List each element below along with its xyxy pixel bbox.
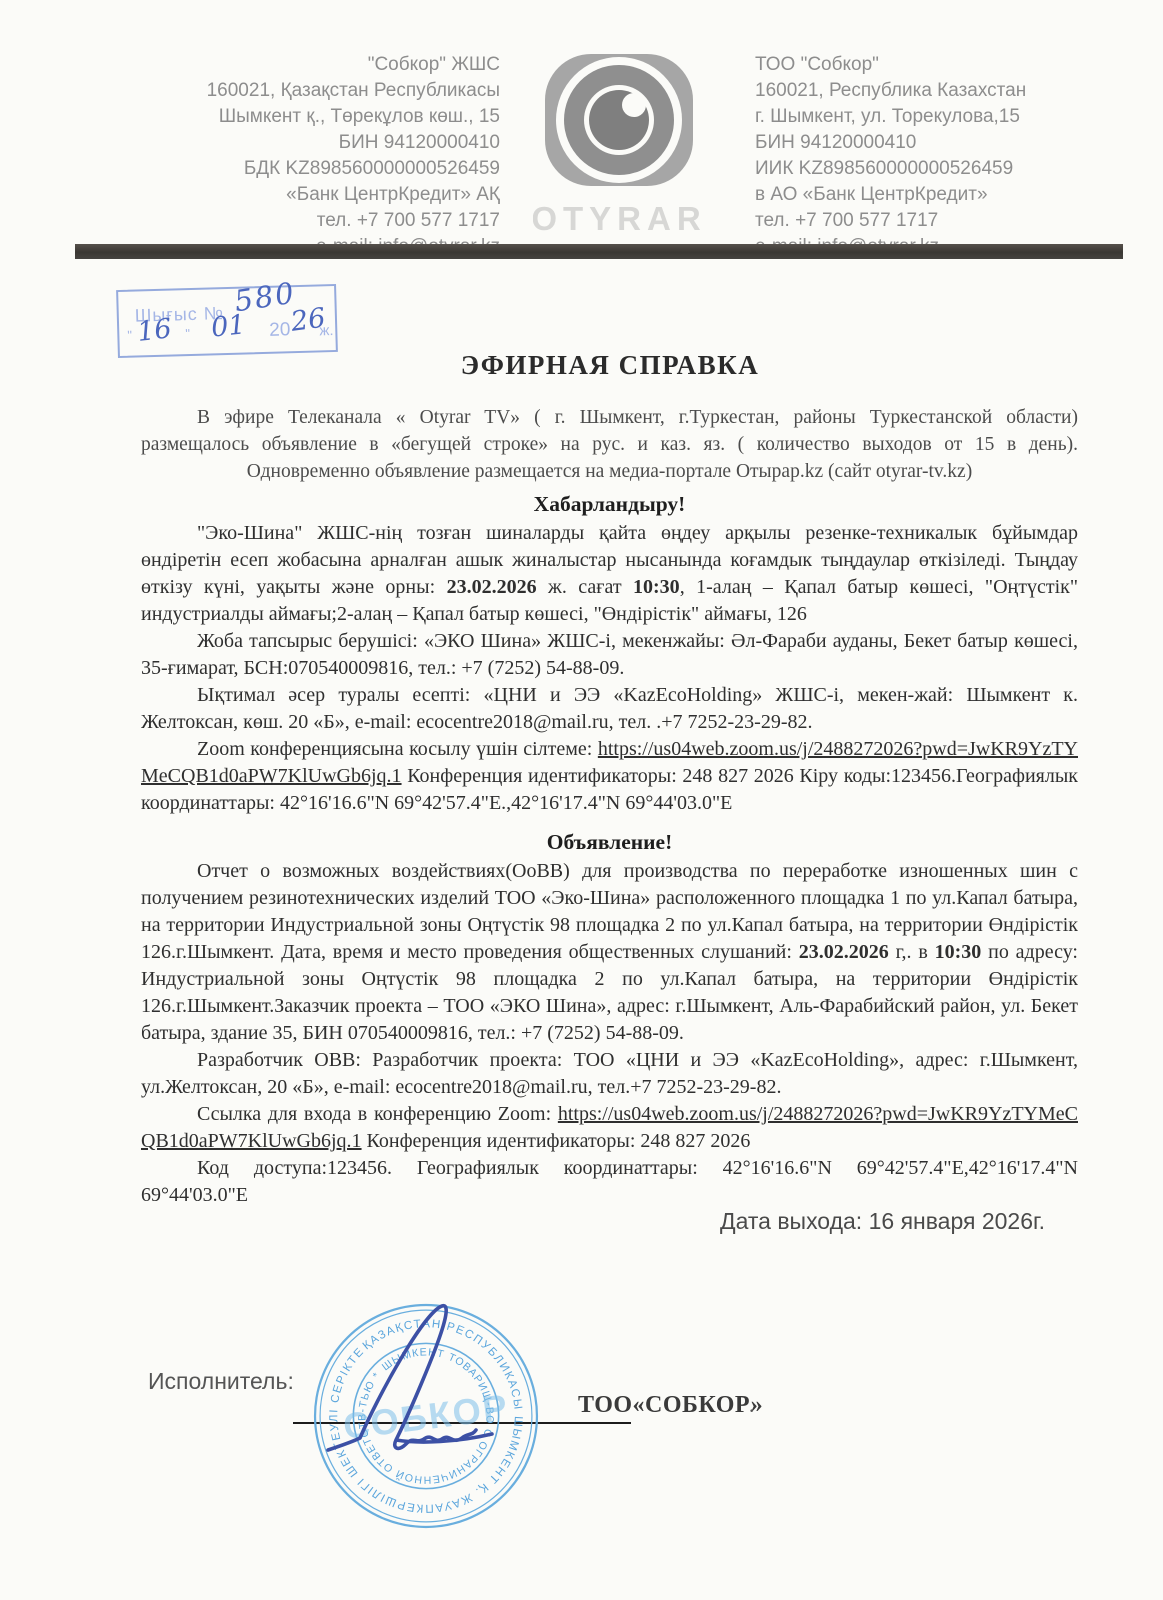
- text-segment: Конференция идентификаторы: 248 827 2026: [362, 1130, 751, 1152]
- section-heading-kazakh: Хабарландыру!: [141, 491, 1078, 518]
- paragraph-kk-customer: Жоба тапсырыс берушісі: «ЭКО Шина» ЖШС-і…: [141, 628, 1078, 682]
- stamp-quote-open: ": [127, 328, 132, 343]
- executor-label: Исполнитель:: [148, 1368, 294, 1395]
- signature-ink-icon: [300, 1290, 540, 1470]
- release-date: Дата выхода: 16 января 2026г.: [720, 1208, 1045, 1235]
- document-title: ЭФИРНАЯ СПРАВКА: [140, 350, 1080, 381]
- paragraph-kk-zoom: Zoom конференциясына косылу үшін сілтеме…: [141, 736, 1078, 817]
- outgoing-number-stamp: Шығыс № 580 " 16 " 01 20 26 ж.: [116, 284, 338, 358]
- paragraph-ru-zoom: Ссылка для входа в конференцию Zoom: htt…: [141, 1101, 1078, 1155]
- text-segment: г,. в: [889, 941, 935, 963]
- paragraph-ru-developer: Разработчик ОВВ: Разработчик проекта: ТО…: [141, 1047, 1078, 1101]
- text-segment: Жоба тапсырыс берушісі: «ЭКО Шина» ЖШС-і…: [141, 630, 1078, 679]
- paragraph-ru-coordinates: Код доступа:123456. Географиялык координ…: [141, 1155, 1078, 1209]
- text-segment: 10:30: [633, 576, 680, 598]
- text-segment: 10:30: [935, 941, 982, 963]
- eye-logo-icon: OTYRAR: [533, 48, 705, 238]
- document-body: В эфире Телеканала « Otyrar TV» ( г. Шым…: [141, 404, 1078, 1209]
- signature: [300, 1290, 540, 1470]
- company-trailing-dot: ·: [748, 1398, 755, 1424]
- text-segment: ж. сағат: [537, 576, 633, 598]
- text-segment: 23.02.2026: [447, 576, 537, 598]
- text-segment: Zoom конференциясына косылу үшін сілтеме…: [197, 738, 598, 760]
- header-right-block: ТОО "Собкор" 160021, Республика Казахста…: [755, 52, 1095, 260]
- otyrar-wordmark: OTYRAR: [533, 200, 705, 237]
- paragraph-kk-hearing: "Эко-Шина" ЖШС-нің тозған шиналарды қайт…: [141, 520, 1078, 628]
- document-page: "Собкор" ЖШС 160021, Қазақстан Республик…: [0, 0, 1163, 1600]
- stamp-day-handwritten: 16: [136, 313, 174, 348]
- header-divider: [75, 244, 1123, 259]
- otyrar-logo: OTYRAR: [533, 48, 705, 238]
- stamp-month-handwritten: 01: [210, 309, 247, 343]
- text-segment: Ықтимал әсер туралы есепті: «ЦНИ и ЭЭ «K…: [141, 684, 1078, 733]
- text-segment: Ссылка для входа в конференцию Zoom:: [197, 1103, 558, 1125]
- paragraph-ru-report: Отчет о возможных воздействиях(ОоВВ) для…: [141, 858, 1078, 1047]
- stamp-year-suffix: ж.: [319, 322, 334, 339]
- stamp-year-printed: 20: [269, 319, 291, 342]
- section-heading-russian: Объявление!: [141, 829, 1078, 856]
- company-name: ТОО«СОБКОР»: [578, 1392, 763, 1419]
- text-segment: 23.02.2026: [799, 941, 889, 963]
- paragraph-kk-developer: Ықтимал әсер туралы есепті: «ЦНИ и ЭЭ «K…: [141, 682, 1078, 736]
- text-segment: Разработчик ОВВ: Разработчик проекта: ТО…: [141, 1049, 1078, 1098]
- intro-paragraph: В эфире Телеканала « Otyrar TV» ( г. Шым…: [141, 404, 1078, 485]
- text-segment: Код доступа:123456. Географиялык координ…: [141, 1157, 1078, 1206]
- stamp-quote-close: ": [185, 326, 190, 341]
- header-left-block: "Собкор" ЖШС 160021, Қазақстан Республик…: [128, 52, 500, 260]
